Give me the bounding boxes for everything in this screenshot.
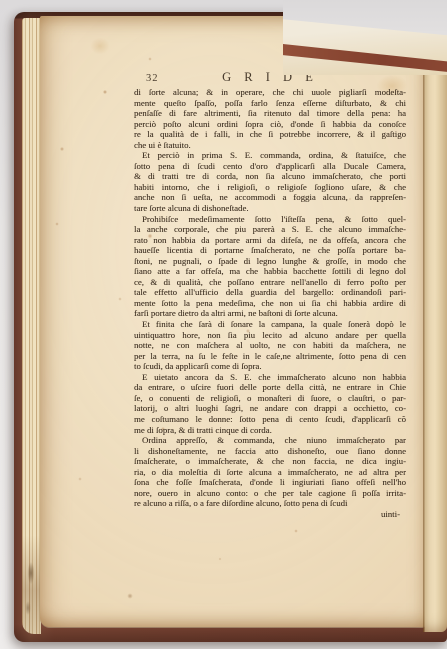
text-line: Prohibiſce medeſimamente ſotto l'iſteſſa… <box>134 214 406 225</box>
text-line: ſmaſcherate, o immaſcherate, & che non f… <box>134 456 406 467</box>
text-line: Et perciò in prima S. E. commanda, ordin… <box>134 150 406 161</box>
text-line: notte, ne con maſchera al uolto, ne con … <box>134 340 406 351</box>
paragraph: E uietato ancora da S. E. che immaſchera… <box>134 372 406 435</box>
text-line: latorij, o altri luoghi ſagri, ne andare… <box>134 403 406 414</box>
text-line: ſe, o conuenti de religioſi, o monaſteri… <box>134 393 406 404</box>
text-line: la anche corporale, che piu parerà a S. … <box>134 224 406 235</box>
text-line: me coſtumano le donne: ſotto pena di cen… <box>134 414 406 425</box>
text-line: uintiquattro hore, non ſia piu lecito ad… <box>134 330 406 341</box>
paragraph: Et finita che ſarà di ſonare la campana,… <box>134 319 406 372</box>
text-line: re la qualità de i falli, in che ſi potr… <box>134 129 406 140</box>
paragraph: di ſorte alcuna; & in operare, che chi u… <box>134 87 406 150</box>
text-line: di ſorte alcuna; & in operare, che chi u… <box>134 87 406 98</box>
text-line: Et finita che ſarà di ſonare la campana,… <box>134 319 406 330</box>
text-line: ce, & di qualità, che poſſano entrare ne… <box>134 277 406 288</box>
text-line: per la terra, na ſu le feſte in le caſe,… <box>134 351 406 362</box>
text-line: da entrare, o uſcire fuori delle porte d… <box>134 382 406 393</box>
paragraph: Prohibiſce medeſimamente ſotto l'iſteſſa… <box>134 214 406 319</box>
text-line: haueſſe licentia di portarne ſmaſcherato… <box>134 245 406 256</box>
catchword: uinti- <box>134 509 406 519</box>
text-line: ſtoni, ne pugnali, o ſpade di legno lung… <box>134 256 406 267</box>
text-line: tare ſorte alcuna di dishoneſtade. <box>134 203 406 214</box>
paragraph: Ordina appreſſo, & commanda, che niuno i… <box>134 435 406 509</box>
fore-edge-strip <box>423 36 447 632</box>
text-line: ſiano atte a far offeſa, ma che habbia b… <box>134 266 406 277</box>
text-line: li dishoneſtamente, ne faccia atto disho… <box>134 446 406 457</box>
photo-backdrop: 32 G R I D E D V di ſorte alcuna; & in o… <box>0 0 447 649</box>
page-edges-stack <box>22 18 41 634</box>
text-line: farſi portare dietro da altri armi, ne b… <box>134 308 406 319</box>
text-line: che ui è ſtatuito. <box>134 140 406 151</box>
text-line: Ordina appreſſo, & commanda, che niuno i… <box>134 435 406 446</box>
text-line: me di ſopra, & di tratti cinque di corda… <box>134 425 406 436</box>
text-line: ria, o dia moleſtia di ſorte alcuna a im… <box>134 467 406 478</box>
text-line: nore, ouero in alcuno conto: o che per t… <box>134 488 406 499</box>
text-line: anche non ſi ueſta, ne accommodi a foggi… <box>134 192 406 203</box>
text-line: ſona che foſſe ſmaſcherata, d'onde li in… <box>134 477 406 488</box>
text-line: to ſcudi, da applicarſi come di ſopra. <box>134 361 406 372</box>
paragraph: Et perciò in prima S. E. commanda, ordin… <box>134 150 406 213</box>
text-line: tale effetto all'ufficio della guardia d… <box>134 287 406 298</box>
text-line: & di tratti tre di corda, non ſia alcuno… <box>134 171 406 182</box>
text-line: penſaſſe di fare altrimenti, ſia ritenut… <box>134 108 406 119</box>
book-page: 32 G R I D E D V di ſorte alcuna; & in o… <box>40 16 426 628</box>
text-line: rato non habbia da portare armi da difeſ… <box>134 235 406 246</box>
text-block: di ſorte alcuna; & in operare, che chi u… <box>134 87 406 509</box>
text-line: E uietato ancora da S. E. che immaſchera… <box>134 372 406 383</box>
text-line: re alcuno a riſſa, o a fare diſordine al… <box>134 498 406 509</box>
text-line: mente queſto ſpaſſo, poſſa farlo ſenza e… <box>134 98 406 109</box>
text-line: mente ſotto la pena medeſima, che non ui… <box>134 298 406 309</box>
text-line: perciò poſto alcuni ordini ſopra ciò, d'… <box>134 119 406 130</box>
text-line: ſotto pena di ſcudi cento d'oro d'applic… <box>134 161 406 172</box>
text-line: habiti intorno, che i religioſi, o relig… <box>134 182 406 193</box>
